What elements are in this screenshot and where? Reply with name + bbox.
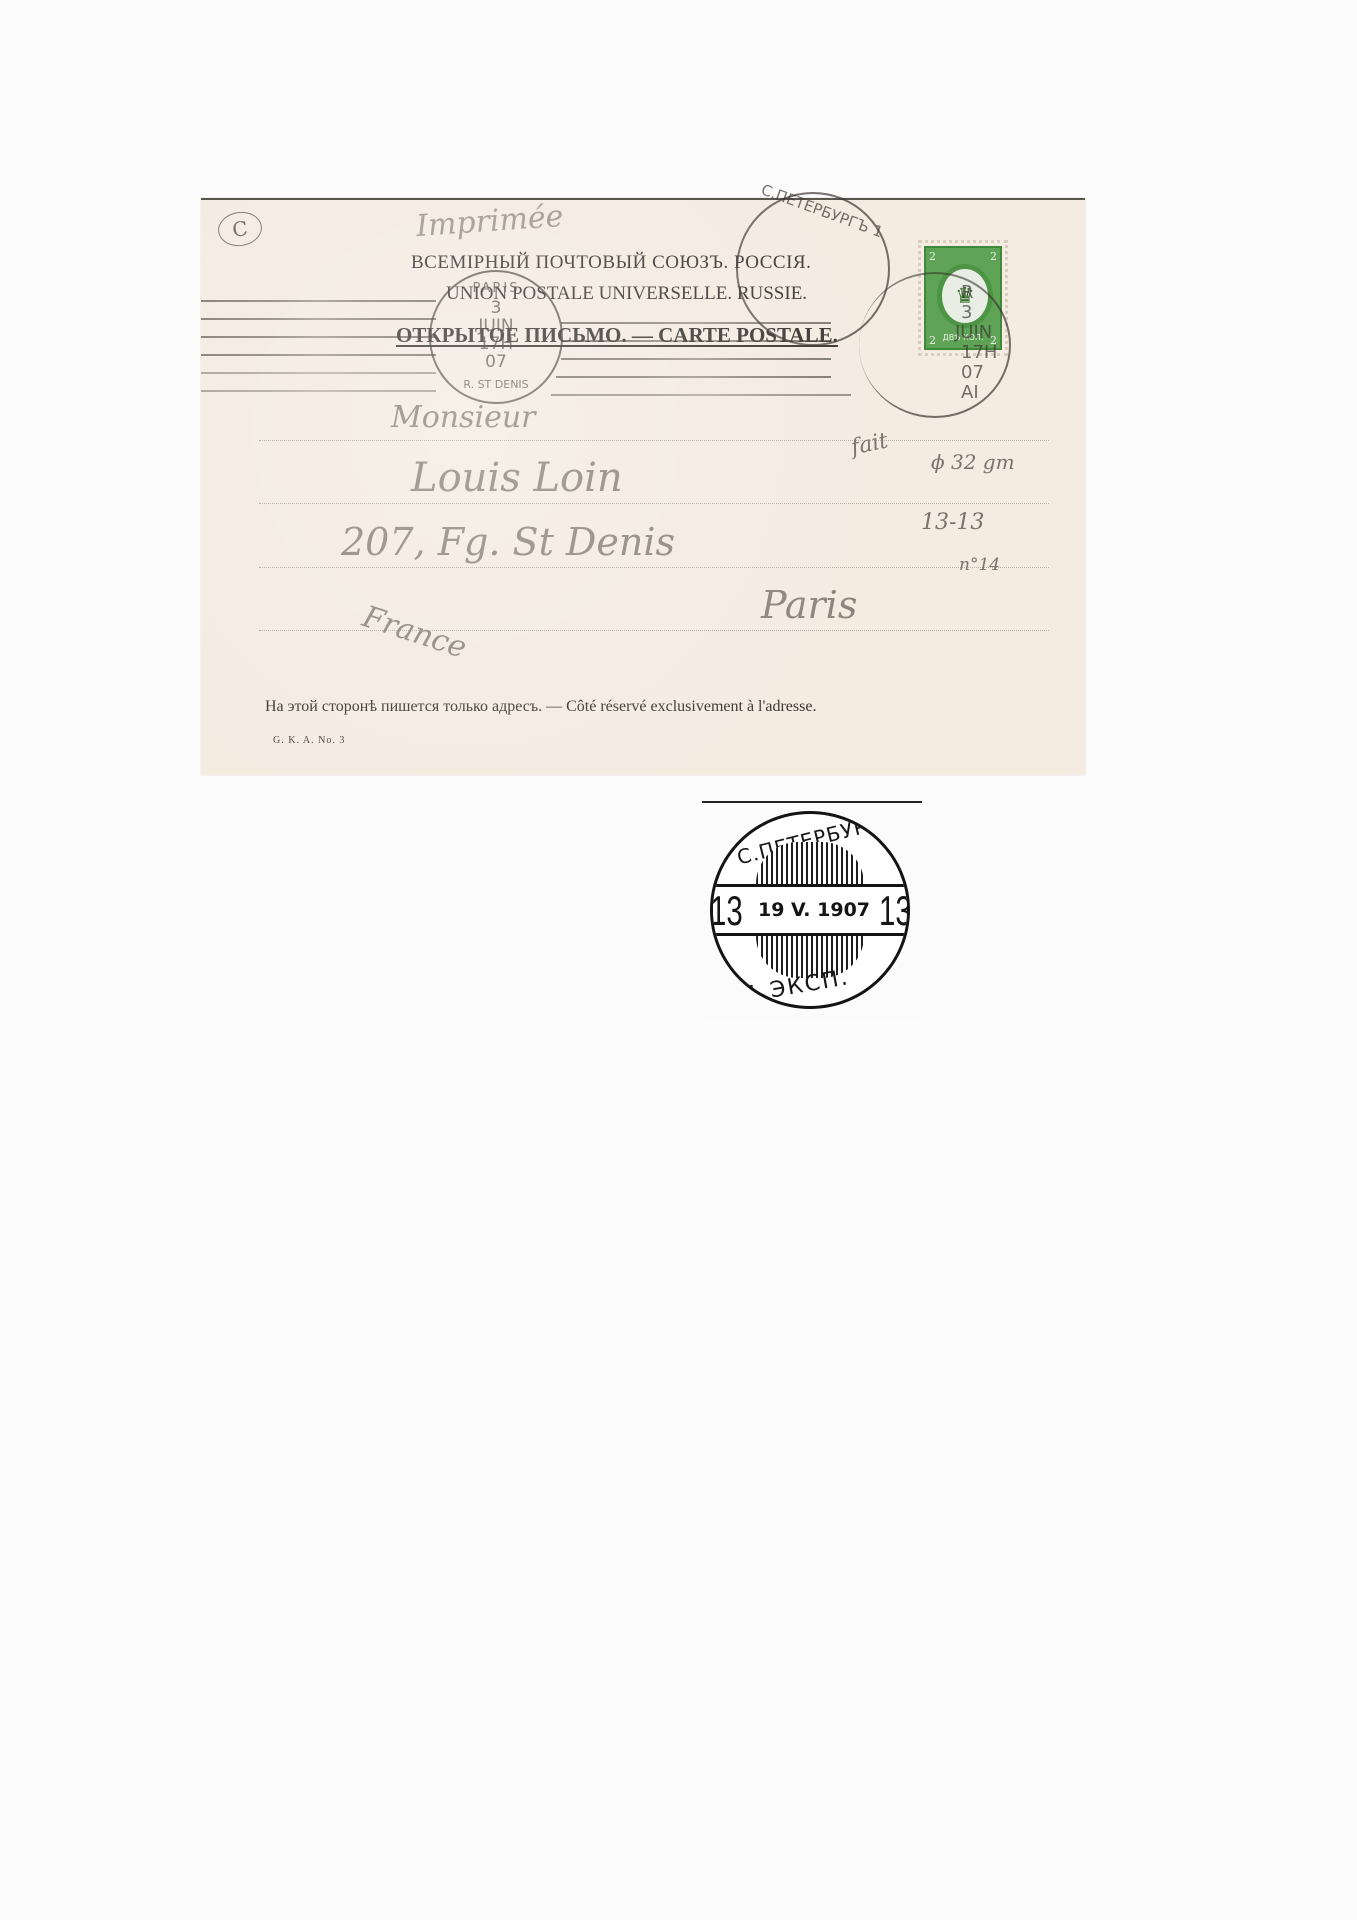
handwritten-imprimee: Imprimée [415,199,564,244]
address-line-2 [259,503,1049,504]
pencil-note-number: n°14 [959,555,1000,575]
pencil-note-fait: fait [849,428,891,460]
postmark-hour: 17H [961,344,997,362]
handwritten-country: France [358,599,471,665]
pencil-note-weight: ϕ 32 gm [931,450,1015,474]
postmark-year: 07 [961,364,984,382]
postmark-month: JUIN [431,318,561,335]
postmark-day: 3 [961,304,972,322]
postmark-office-code: AI [961,384,979,402]
postmark-right-number: 13 [879,889,910,933]
paris-postmark: PARIS 3 JUIN 17H 07 R. ST DENIS [429,270,563,404]
date-band: 13 19 V. 1907 13 [710,884,910,936]
handwritten-city: Paris [761,583,857,627]
copyright-letter: C [231,216,250,242]
postmark-circle: С.ПЕТЕРБУРГЪ 13 19 V. 1907 13 1 ЭКСП. [710,811,910,1009]
publisher-imprint: G. K. A. No. 3 [273,735,345,746]
postmark-letter: R [961,284,974,302]
copyright-circle-mark: C [216,209,264,249]
handwritten-monsieur: Monsieur [391,400,536,435]
postmark-office: R. ST DENIS [431,376,561,393]
address-line-3 [259,567,1049,568]
postmark-enlargement: С.ПЕТЕРБУРГЪ 13 19 V. 1907 13 1 ЭКСП. [702,801,922,1019]
address-line-1 [259,440,1049,441]
postmark-year: 07 [431,354,561,371]
address-side-notice: На этой сторонѣ пишется только адресъ. —… [265,698,816,716]
postmark-city: PARIS [431,280,561,297]
postmark-month: JUIN [955,324,992,342]
handwritten-street-address: 207, Fg. St Denis [341,520,675,564]
stamp-corner-value: 2 [990,250,997,263]
handwritten-recipient-name: Louis Loin [411,455,623,501]
paris-postmark-right: R 3 JUIN 17H 07 AI [859,272,1011,418]
postmark-hour: 17H [431,336,561,353]
pencil-note-reference: 13-13 [921,510,984,535]
postmark-spb-text: С.ПЕТЕРБУРГЪ 1 [759,181,886,242]
stamp-corner-value: 2 [929,250,936,263]
postcard-back: C Imprimée ВСЕМIРНЫЙ ПОЧТОВЫЙ СОЮЗЪ. РОС… [201,198,1085,775]
postmark-day: 3 [431,300,561,317]
